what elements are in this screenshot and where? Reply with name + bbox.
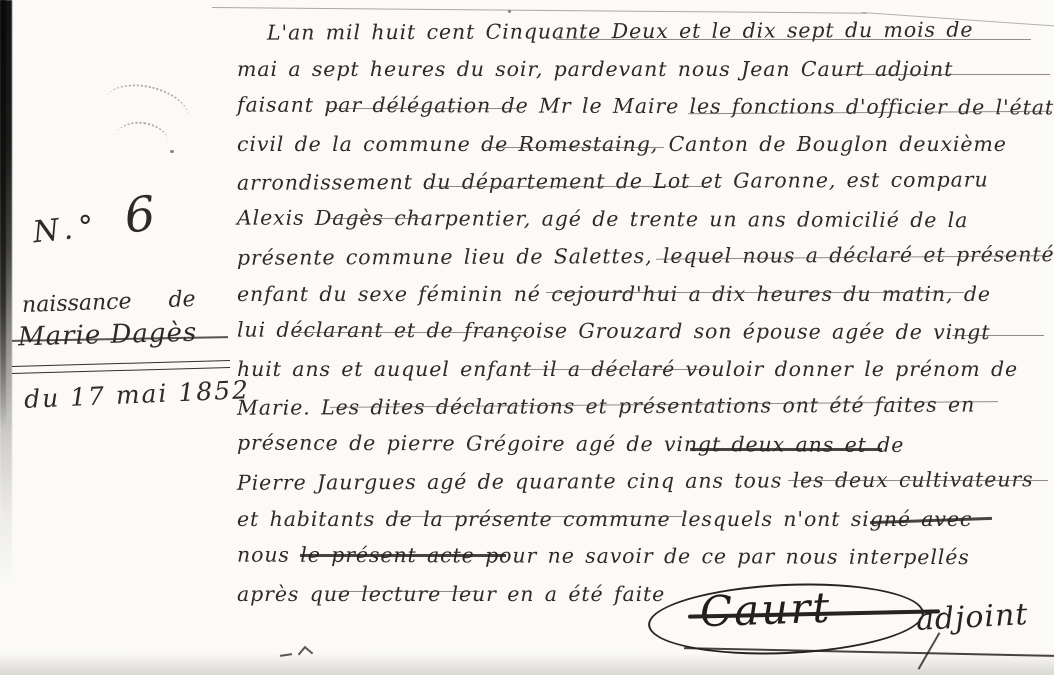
act-number: N.°6 [29, 186, 158, 255]
act-line: arrondissement du département de Lot et … [237, 161, 1052, 202]
margin-date-line: du 17 mai 1852 [23, 375, 250, 414]
form-rule-line [300, 554, 506, 557]
ink-speck [170, 150, 174, 153]
form-rule-line [390, 516, 682, 517]
signature-name: Caurt [699, 583, 832, 637]
margin-child-name: Marie Dagès [18, 318, 198, 353]
form-rule-line [520, 369, 710, 370]
form-rule-line [486, 147, 664, 148]
act-number-prefix: N.° [31, 209, 101, 251]
act-body-text: L'an mil huit cent Cinquante Deux et le … [237, 13, 1052, 613]
form-rule-line [332, 591, 480, 592]
form-rule-line [326, 108, 518, 109]
form-rule-line [556, 39, 1031, 40]
act-line: civil de la commune de Romestaing, Canto… [237, 126, 1052, 164]
form-rule-line [838, 74, 1050, 75]
scan-left-edge-core [0, 0, 6, 430]
signature-title: adjoint [915, 597, 1029, 638]
margin-double-underline [12, 360, 230, 374]
act-line: présence de pierre Grégoire agé de vingt… [237, 424, 1052, 464]
act-line: enfant du sexe féminin né cejourd'hui a … [237, 276, 1052, 314]
form-rule-line [952, 335, 1044, 336]
act-line: L'an mil huit cent Cinquante Deux et le … [237, 11, 1052, 52]
form-rule-line [546, 292, 964, 293]
form-rule-line [788, 480, 1048, 481]
form-rule-line [296, 332, 528, 333]
act-line: mai a sept heures du soir, pardevant nou… [237, 51, 1052, 89]
act-line: Pierre Jaurgues agé de quarante cinq ans… [237, 461, 1052, 502]
act-line: faisant par délégation de Mr le Maire le… [237, 87, 1052, 127]
form-rule-line [330, 218, 426, 219]
form-rule-line [428, 186, 710, 187]
form-rule-line [690, 448, 882, 451]
scan-bottom-shade [0, 653, 1054, 675]
act-number-value: 6 [122, 186, 158, 245]
margin-object-line: naissance de [22, 287, 196, 318]
register-scan-page: N.°6 naissance de Marie Dagès du 17 mai … [0, 0, 1054, 675]
